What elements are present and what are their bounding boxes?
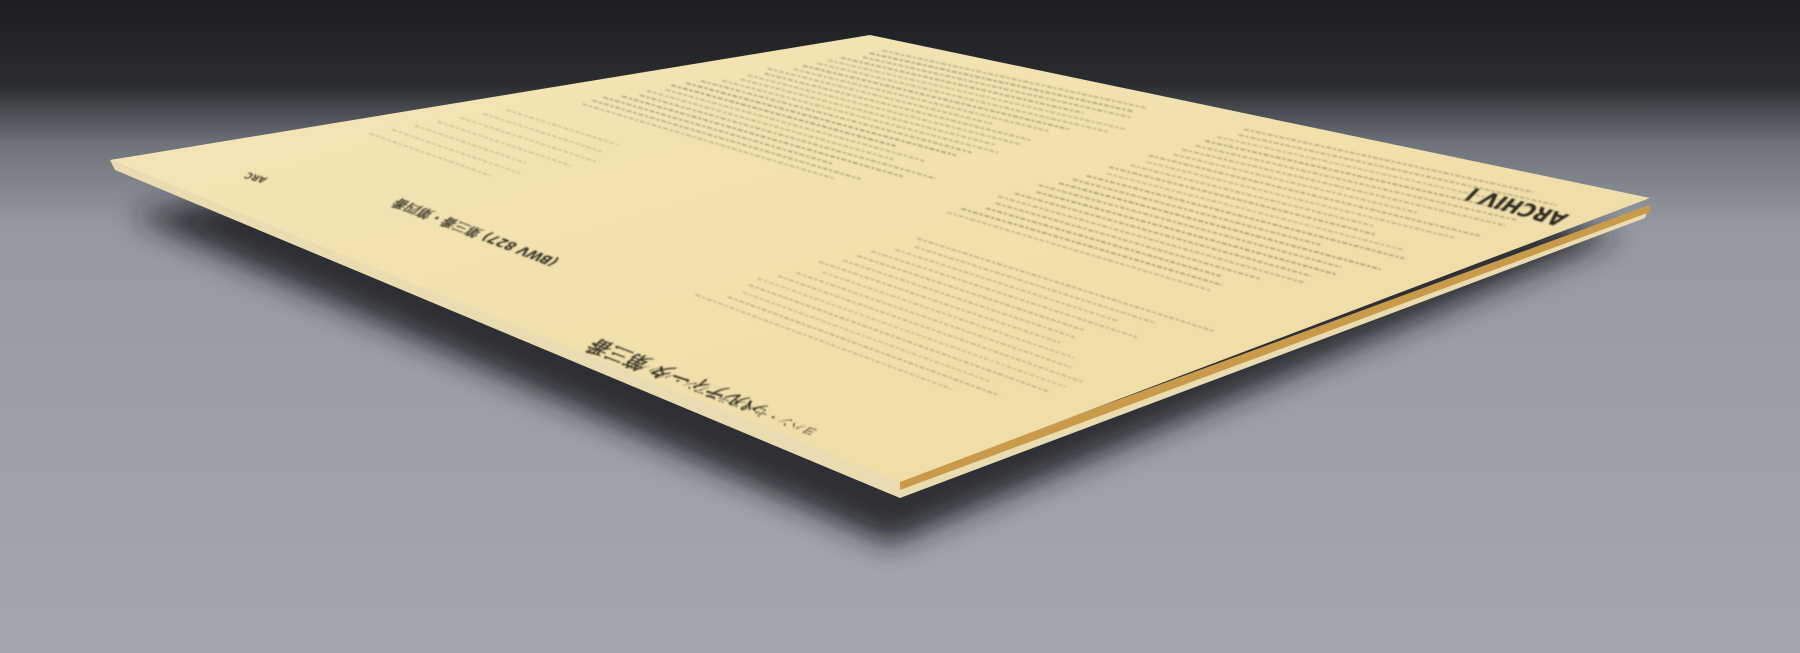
- photo-scene: パルティータ 第三番 ヨハン・セバスティアン・バッハ (BWV 827) 第三番…: [0, 0, 1800, 653]
